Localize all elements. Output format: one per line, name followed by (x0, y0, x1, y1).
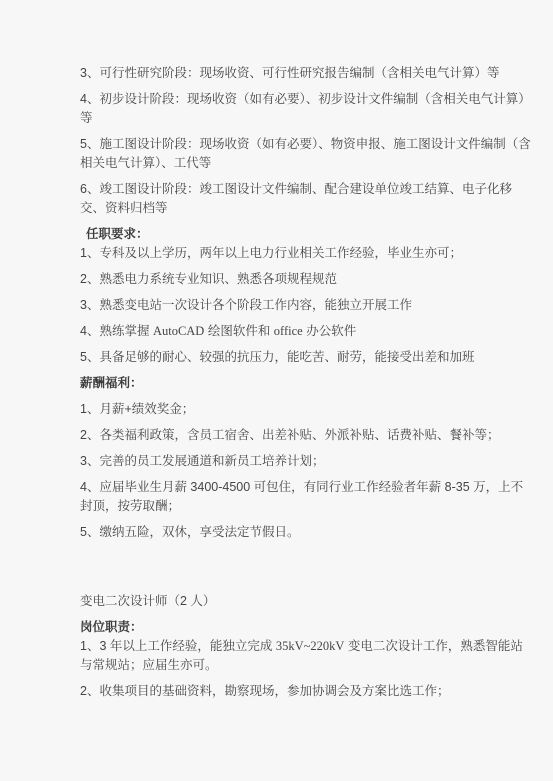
text-run: 1、3 年以上工作经验，能独立完成 (80, 639, 276, 653)
text-run: 4、熟练掌握 (80, 324, 153, 338)
text-run: 3、熟悉变电站一次设计各个阶段工作内容，能独立开展工作 (80, 298, 412, 312)
text-run: 1、专科及以上学历，两年以上电力行业相关工作经验，毕业生亦可； (80, 246, 462, 260)
text-run: 3、完善的员工发展通道和新员工培养计划； (80, 454, 324, 468)
requirement-item-1: 1、专科及以上学历，两年以上电力行业相关工作经验，毕业生亦可； (80, 244, 535, 263)
requirement-item-2: 2、熟悉电力系统专业知识、熟悉各项规程规范 (80, 270, 535, 289)
text-run: 1、月薪+绩效奖金； (80, 402, 194, 416)
text-run: 变电二次设计师（2 人） (80, 594, 215, 608)
text-run: 5、施工图设计阶段：现场收资（如有必要）、物资申报、施工图设计文件编制（含相关电… (80, 137, 531, 170)
duties-heading: 岗位职责： (80, 618, 535, 637)
text-run: 薪酬福利： (80, 376, 143, 390)
text-run: 4、应届毕业生月薪 3400-4500 可包住，有同行业工作经验者年薪 8-35… (80, 480, 523, 513)
benefit-item-3: 3、完善的员工发展通道和新员工培养计划； (80, 452, 535, 471)
text-run: 5、具备足够的耐心、较强的抗压力，能吃苦、耐劳，能接受出差和加班 (80, 350, 474, 364)
text-run: 5、缴纳五险，双休，享受法定节假日。 (80, 525, 299, 539)
text-run: 2、收集项目的基础资料，勘察现场，参加协调会及方案比选工作； (80, 684, 449, 698)
stage-item-3: 3、可行性研究阶段：现场收资、可行性研究报告编制（含相关电气计算）等 (80, 64, 535, 83)
text-run: 2、各类福利政策，含员工宿舍、出差补贴、外派补贴、话费补贴、餐补等； (80, 428, 499, 442)
stage-item-6: 6、竣工图设计阶段：竣工图设计文件编制、配合建设单位竣工结算、电子化移交、资料归… (80, 180, 535, 218)
text-run: 办公软件 (303, 324, 356, 338)
requirements-heading: 任职要求： (80, 225, 535, 244)
text-run: 岗位职责： (80, 620, 143, 634)
latin-serif-text: AutoCAD (153, 324, 204, 338)
requirement-item-3: 3、熟悉变电站一次设计各个阶段工作内容，能独立开展工作 (80, 296, 535, 315)
benefit-item-4: 4、应届毕业生月薪 3400-4500 可包住，有同行业工作经验者年薪 8-35… (80, 478, 535, 516)
text-run: 4、初步设计阶段：现场收资（如有必要）、初步设计文件编制（含相关电气计算）等 (80, 92, 531, 125)
document-content: 3、可行性研究阶段：现场收资、可行性研究报告编制（含相关电气计算）等4、初步设计… (0, 0, 553, 701)
job-title-secondary-designer: 变电二次设计师（2 人） (80, 592, 535, 611)
job-posting-document: 3、可行性研究阶段：现场收资、可行性研究报告编制（含相关电气计算）等4、初步设计… (0, 0, 553, 701)
text-run: 6、竣工图设计阶段：竣工图设计文件编制、配合建设单位竣工结算、电子化移交、资料归… (80, 182, 512, 215)
latin-serif-text: office (274, 324, 303, 338)
text-run: 3、可行性研究阶段：现场收资、可行性研究报告编制（含相关电气计算）等 (80, 66, 499, 80)
stage-item-5: 5、施工图设计阶段：现场收资（如有必要）、物资申报、施工图设计文件编制（含相关电… (80, 135, 535, 173)
duty-item-1: 1、3 年以上工作经验，能独立完成 35kV~220kV 变电二次设计工作，熟悉… (80, 637, 535, 675)
stage-item-4: 4、初步设计阶段：现场收资（如有必要）、初步设计文件编制（含相关电气计算）等 (80, 90, 535, 128)
text-run: 绘图软件和 (204, 324, 273, 338)
requirement-item-4: 4、熟练掌握 AutoCAD 绘图软件和 office 办公软件 (80, 322, 535, 341)
duty-item-2: 2、收集项目的基础资料，勘察现场，参加协调会及方案比选工作； (80, 682, 535, 701)
benefit-item-2: 2、各类福利政策，含员工宿舍、出差补贴、外派补贴、话费补贴、餐补等； (80, 426, 535, 445)
benefit-item-1: 1、月薪+绩效奖金； (80, 400, 535, 419)
latin-serif-text: 35kV~220kV (276, 639, 345, 653)
benefit-item-5: 5、缴纳五险，双休，享受法定节假日。 (80, 523, 535, 542)
text-run: 2、熟悉电力系统专业知识、熟悉各项规程规范 (80, 272, 337, 286)
text-run: 任职要求： (86, 227, 149, 241)
requirement-item-5: 5、具备足够的耐心、较强的抗压力，能吃苦、耐劳，能接受出差和加班 (80, 348, 535, 367)
benefits-heading: 薪酬福利： (80, 374, 535, 393)
